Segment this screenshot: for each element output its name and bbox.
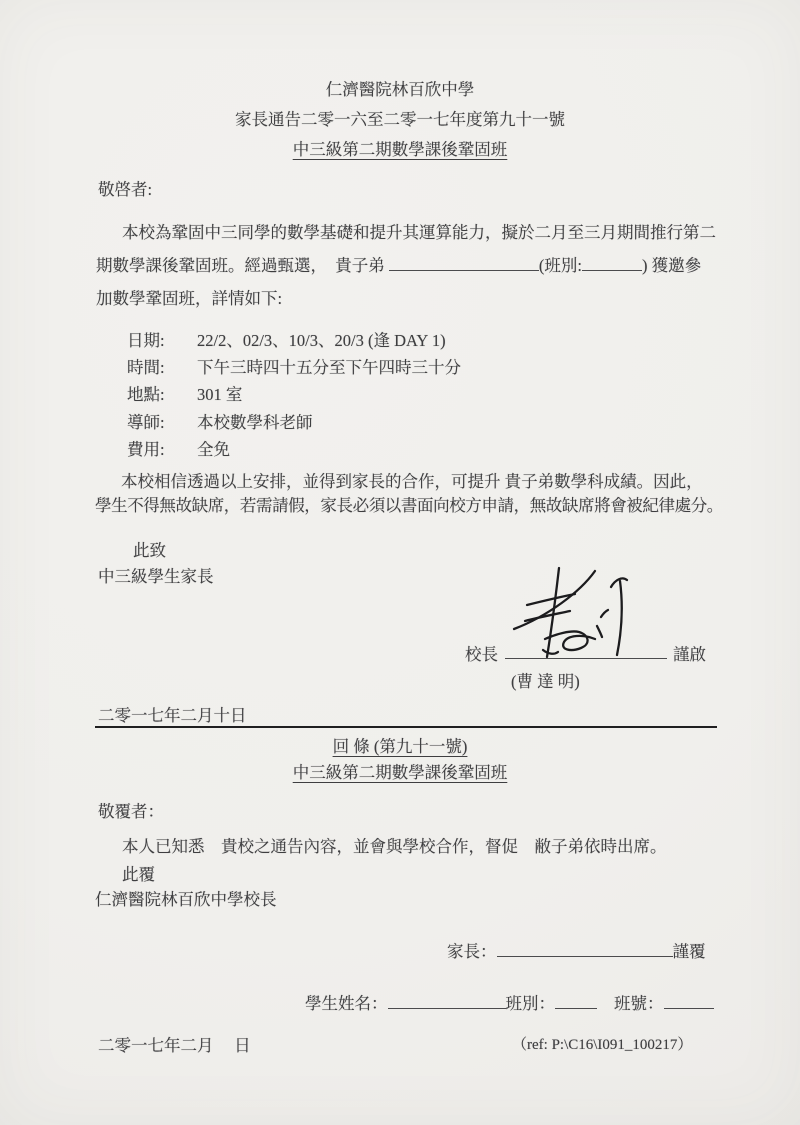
detail-row-tutor: 導師:本校數學科老師	[127, 409, 461, 436]
student-name-blank	[388, 992, 506, 1009]
class-label-inline: (班別:	[539, 256, 582, 275]
detail-label: 導師:	[127, 409, 197, 433]
detail-value: 下午三時四十五分至下午四時三十分	[197, 358, 461, 377]
closing-cizhi: 此致	[133, 537, 166, 561]
cooperation-line-2: 學生不得無故缺席，若需請假，家長必須以書面向校方申請，無故缺席將會被紀律處分。	[95, 494, 723, 518]
cooperation-line-1: 本校相信透過以上安排，並得到家長的合作，可提升 貴子弟數學科成績。因此，	[95, 470, 723, 494]
reply-body: 本人已知悉 貴校之通告內容，並會與學校合作，督促 敝子弟依時出席。	[122, 833, 667, 857]
addressee: 中三級學生家長	[98, 563, 214, 587]
detail-label: 時間:	[127, 354, 197, 378]
notice-date: 二零一七年二月十日	[98, 702, 247, 726]
intro-line-2-text: 期數學課後鞏固班。經過甄選， 貴子弟	[96, 256, 389, 275]
course-details-list: 日期:22/2、02/3、10/3、20/3 (逢 DAY 1) 時間:下午三時…	[127, 327, 461, 463]
class-no-label: 班號：	[614, 994, 664, 1013]
principal-name: (曹 達 明)	[511, 668, 580, 692]
intro-paragraph: 本校為鞏固中三同學的數學基礎和提升其運算能力，擬於二月至三月期間推行第二 期數學…	[96, 219, 716, 318]
detail-value: 301 室	[197, 385, 242, 404]
reply-slip-subject: 中三級第二期數學課後鞏固班	[0, 759, 800, 783]
circular-number-line: 家長通告二零一六至二零一七年度第九十一號	[0, 106, 800, 130]
principal-label: 校長	[465, 641, 498, 665]
parent-label: 家長：	[447, 942, 497, 961]
intro-line-2: 期數學課後鞏固班。經過甄選， 貴子弟 (班別:) 獲邀參	[96, 252, 716, 285]
student-name-label: 學生姓名：	[305, 994, 388, 1013]
detail-row-date: 日期:22/2、02/3、10/3、20/3 (逢 DAY 1)	[127, 327, 461, 354]
reply-date-line: 二零一七年二月 日	[98, 1032, 251, 1056]
notice-subject: 中三級第二期數學課後鞏固班	[0, 136, 800, 160]
parent-signoff: 謹覆	[673, 942, 706, 961]
cooperation-paragraph: 本校相信透過以上安排，並得到家長的合作，可提升 貴子弟數學科成績。因此， 學生不…	[95, 470, 723, 518]
student-info-row: 學生姓名：班別：班號：	[305, 990, 714, 1014]
reply-salutation: 敬覆者：	[98, 798, 164, 822]
parent-signature-blank	[497, 940, 673, 957]
file-reference: （ref: P:\C16\I091_100217）	[512, 1033, 692, 1054]
class-blank	[582, 254, 642, 271]
class-no-blank	[664, 992, 714, 1009]
principal-signoff: 謹啟	[673, 641, 706, 665]
reply-slip-title: 回 條 (第九十一號)	[0, 733, 800, 757]
student-name-blank	[389, 254, 539, 271]
principal-signature-line	[505, 658, 667, 659]
detail-value: 本校數學科老師	[197, 413, 313, 432]
salutation: 敬啓者:	[98, 176, 152, 200]
detail-row-fee: 費用:全免	[127, 436, 461, 463]
principal-handwritten-signature	[498, 564, 646, 664]
detail-value: 22/2、02/3、10/3、20/3 (逢 DAY 1)	[197, 331, 446, 350]
intro-line-2-tail: ) 獲邀參	[642, 256, 701, 275]
reply-addressee: 仁濟醫院林百欣中學校長	[95, 886, 277, 910]
detail-row-venue: 地點:301 室	[127, 381, 461, 408]
detail-value: 全免	[197, 440, 230, 459]
intro-line-3: 加數學鞏固班，詳情如下:	[96, 285, 716, 318]
tear-off-divider	[95, 726, 717, 728]
detail-row-time: 時間:下午三時四十五分至下午四時三十分	[127, 354, 461, 381]
school-name: 仁濟醫院林百欣中學	[0, 76, 800, 100]
class-blank	[555, 992, 597, 1009]
class-label: 班別：	[506, 994, 556, 1013]
detail-label: 地點:	[127, 381, 197, 405]
scanned-notice-page: 仁濟醫院林百欣中學 家長通告二零一六至二零一七年度第九十一號 中三級第二期數學課…	[0, 0, 800, 1125]
parent-signature-row: 家長：謹覆	[447, 938, 706, 962]
detail-label: 費用:	[127, 436, 197, 460]
reply-closing: 此覆	[122, 861, 155, 885]
intro-line-1: 本校為鞏固中三同學的數學基礎和提升其運算能力，擬於二月至三月期間推行第二	[96, 219, 716, 252]
detail-label: 日期:	[127, 327, 197, 351]
